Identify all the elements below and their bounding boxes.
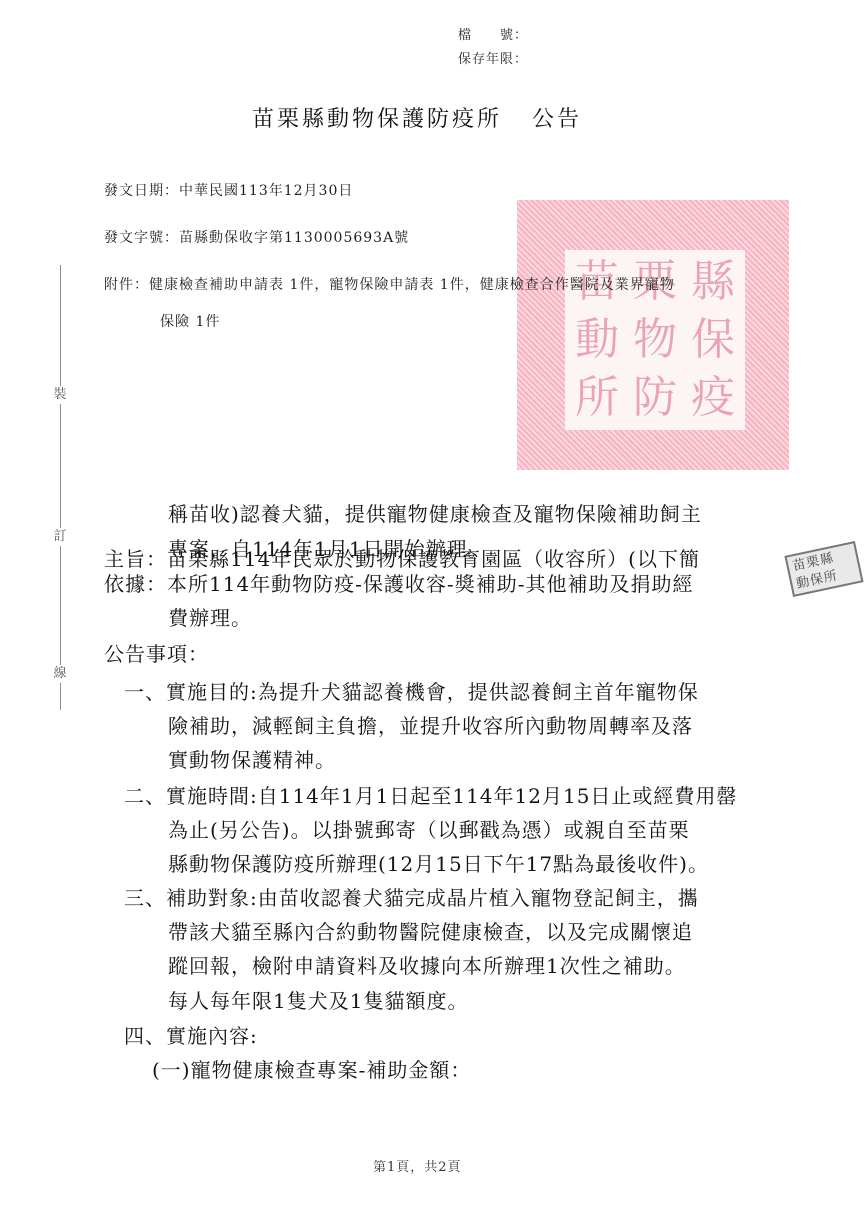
retention-period-label: 保存年限： [458,48,528,67]
page-title: 苗栗縣動物保護防疫所公告 [252,102,582,133]
file-number-label: 檔 號： [458,24,528,43]
binding-char-ding: 訂 [51,528,69,546]
item-4-subitem-1: (一)寵物健康檢查專案-補助金額： [152,1054,471,1087]
item-1-line-1: 一、實施目的:為提升犬貓認養機會，提供認養飼主首年寵物保 [124,676,699,709]
item-2-line-3: 縣動物保護防疫所辦理(12月15日下午17點為最後收件)。 [168,848,709,881]
item-1-line-3: 實動物保護精神。 [168,744,336,777]
item-1-line-2: 險補助，減輕飼主負擔，並提升收容所內動物周轉率及落 [168,710,693,743]
item-4-heading: 四、實施內容: [124,1020,258,1053]
seal-char: 防 [627,370,683,426]
item-2-line-1: 二、實施時間:自114年1月1日起至114年12月15日止或經費用罄 [124,780,737,813]
document-type: 公告 [532,107,582,132]
item-3-line-4: 每人每年限1隻犬及1隻貓額度。 [168,985,468,1018]
agency-name: 苗栗縣動物保護防疫所 [252,107,502,132]
binding-char-zhuang: 裝 [51,386,69,404]
page-indicator: 第1頁，共2頁 [373,1156,462,1175]
seal-char: 疫 [685,370,741,426]
item-3-line-2: 帶該犬貓至縣內合約動物醫院健康檢查，以及完成關懷追 [168,916,693,949]
binding-margin-line [60,265,61,710]
basis-line-2: 費辦理。 [168,602,252,635]
subject-line-1: 主旨：苗栗縣114年民眾於動物保護教育園區（收容所）(以下簡 [104,543,865,576]
item-3-line-3: 蹤回報，檢附申請資料及收據向本所辦理1次性之補助。 [168,950,686,983]
notice-heading: 公告事項： [104,638,209,671]
seal-char: 所 [569,370,625,426]
attachments-line-1: 附件：健康檢查補助申請表 1件，寵物保險申請表 1件，健康檢查合作醫院及業界寵物 [104,274,865,294]
attachments-line-2: 保險 1件 [160,311,865,331]
item-2-line-2: 為止(另公告)。以掛號郵寄（以郵戳為憑）或親自至苗栗 [168,814,690,847]
issue-date: 發文日期：中華民國113年12月30日 [104,180,865,200]
binding-char-xian: 線 [51,665,69,683]
item-3-line-1: 三、補助對象:由苗收認養犬貓完成晶片植入寵物登記飼主，攜 [124,882,699,915]
subject-line-2: 稱苗收)認養犬貓，提供寵物健康檢查及寵物保險補助飼主 [168,498,702,531]
reference-number: 發文字號：苗縣動保收字第1130005693A號 [104,227,865,247]
